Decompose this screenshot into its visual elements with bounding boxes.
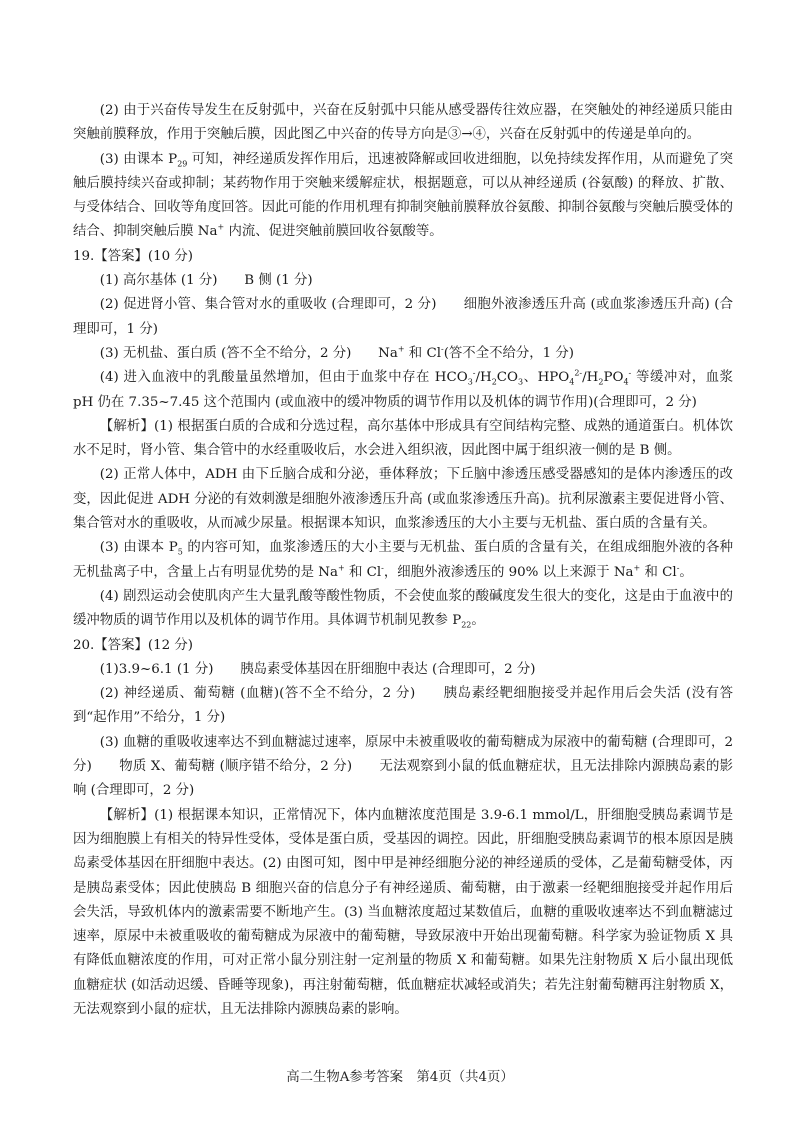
q19-explanation-3: (3) 由课本 P5 的内容可知，血浆渗透压的大小主要与无机盐、蛋白质的含量有关… — [73, 536, 733, 585]
q19-answer-4: (4) 进入血液中的乳酸量虽然增加，但由于血浆中存在 HCO3-/H2CO3、H… — [73, 366, 733, 415]
q19-explanation-2: (2) 正常人体中，ADH 由下丘脑合成和分泌，垂体释放；下丘脑中渗透压感受器感… — [73, 463, 733, 536]
q20-heading: 20.【答案】(12 分) — [73, 634, 733, 658]
q18-answer-part2: (2) 由于兴奋传导发生在反射弧中，兴奋在反射弧中只能从感受器传往效应器，在突触… — [73, 99, 733, 148]
q20-answer-3: (3) 血糖的重吸收速率达不到血糖滤过速率，原尿中未被重吸收的葡萄糖成为尿液中的… — [73, 731, 733, 804]
q19-explanation-1: 【解析】(1) 根据蛋白质的合成和分选过程，高尔基体中形成具有空间结构完整、成熟… — [73, 415, 733, 464]
q19-heading: 19.【答案】(10 分) — [73, 245, 733, 269]
q19-answer-1: (1) 高尔基体 (1 分) B 侧 (1 分) — [73, 269, 733, 293]
q20-answer-1: (1)3.9~6.1 (1 分) 胰岛素受体基因在肝细胞中表达 (合理即可，2 … — [73, 658, 733, 682]
page-footer: 高二生物A参考答案 第4页（共4页） — [0, 1066, 800, 1085]
q20-explanation: 【解析】(1) 根据课本知识，正常情况下，体内血糖浓度范围是 3.9-6.1 m… — [73, 804, 733, 1023]
q18-answer-part3: (3) 由课本 P29 可知，神经递质发挥作用后，迅速被降解或回收进细胞，以免持… — [73, 148, 733, 245]
q19-answer-3: (3) 无机盐、蛋白质 (答不全不给分，2 分) Na+ 和 Cl-(答不全不给… — [73, 342, 733, 366]
q20-answer-2: (2) 神经递质、葡萄糖 (血糖)(答不全不给分，2 分) 胰岛素经靶细胞接受并… — [73, 682, 733, 731]
document-page: (2) 由于兴奋传导发生在反射弧中，兴奋在反射弧中只能从感受器传往效应器，在突触… — [73, 99, 733, 1022]
q19-answer-2: (2) 促进肾小管、集合管对水的重吸收 (合理即可，2 分) 细胞外液渗透压升高… — [73, 293, 733, 342]
q19-explanation-4: (4) 剧烈运动会使肌肉产生大量乳酸等酸性物质，不会使血浆的酸碱度发生很大的变化… — [73, 585, 733, 634]
